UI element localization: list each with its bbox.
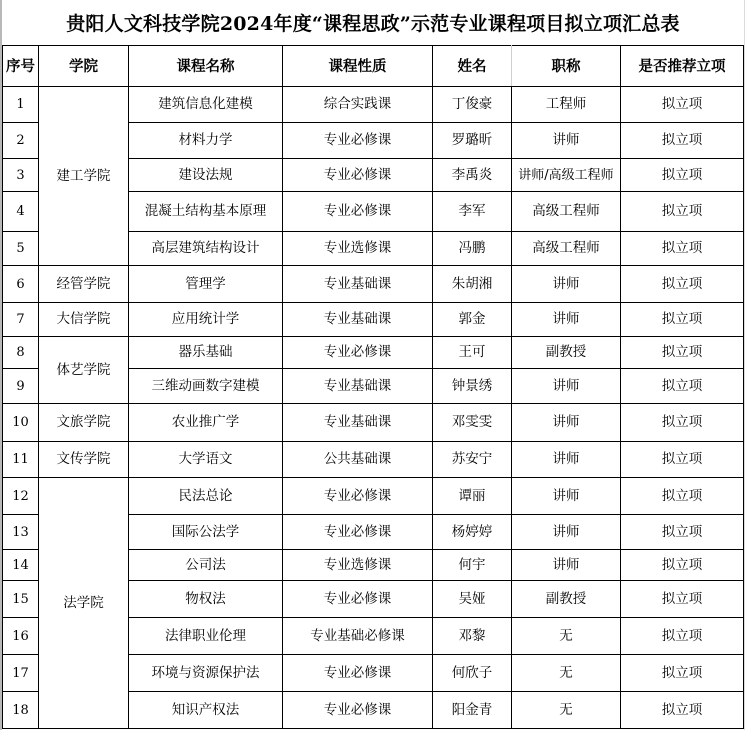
cell-college[interactable]: 文传学院 bbox=[39, 442, 129, 478]
cell-index[interactable]: 3 bbox=[3, 159, 39, 192]
cell-college-merged[interactable]: 法学院 bbox=[39, 478, 129, 729]
cell-course-name[interactable]: 应用统计学 bbox=[129, 303, 283, 337]
cell-index[interactable]: 16 bbox=[3, 618, 39, 655]
cell-course-type[interactable]: 专业基础课 bbox=[283, 303, 433, 337]
cell-course-name[interactable]: 材料力学 bbox=[129, 123, 283, 159]
cell-name[interactable]: 王可 bbox=[433, 337, 512, 369]
cell-course-name[interactable]: 高层建筑结构设计 bbox=[129, 232, 283, 266]
table-row: 8 体艺学院 器乐基础 专业必修课 王可 副教授 拟立项 bbox=[3, 337, 744, 369]
cell-job-title[interactable]: 讲师 bbox=[512, 123, 621, 159]
cell-recommend[interactable]: 拟立项 bbox=[621, 618, 744, 655]
cell-course-type[interactable]: 专业基础必修课 bbox=[283, 618, 433, 655]
cell-course-type[interactable]: 专业必修课 bbox=[283, 159, 433, 192]
cell-recommend[interactable]: 拟立项 bbox=[621, 581, 744, 618]
cell-job-title[interactable]: 讲师 bbox=[512, 515, 621, 550]
header-course-type[interactable]: 课程性质 bbox=[283, 46, 433, 87]
cell-course-type[interactable]: 专业必修课 bbox=[283, 655, 433, 692]
cell-name[interactable]: 李禹炎 bbox=[433, 159, 512, 192]
cell-recommend[interactable]: 拟立项 bbox=[621, 515, 744, 550]
cell-index[interactable]: 13 bbox=[3, 515, 39, 550]
cell-course-type[interactable]: 专业必修课 bbox=[283, 692, 433, 729]
cell-course-name[interactable]: 物权法 bbox=[129, 581, 283, 618]
cell-course-type[interactable]: 专业基础课 bbox=[283, 369, 433, 404]
cell-college[interactable]: 经管学院 bbox=[39, 266, 129, 303]
table-row: 7 大信学院 应用统计学 专业基础课 郭金 讲师 拟立项 bbox=[3, 303, 744, 337]
cell-index[interactable]: 6 bbox=[3, 266, 39, 303]
cell-course-name[interactable]: 混凝土结构基本原理 bbox=[129, 192, 283, 232]
cell-course-name[interactable]: 国际公法学 bbox=[129, 515, 283, 550]
cell-recommend[interactable]: 拟立项 bbox=[621, 550, 744, 581]
cell-course-type[interactable]: 专业必修课 bbox=[283, 581, 433, 618]
cell-job-title[interactable]: 讲师 bbox=[512, 303, 621, 337]
cell-name[interactable]: 邓雯雯 bbox=[433, 404, 512, 442]
header-name[interactable]: 姓名 bbox=[433, 46, 512, 87]
header-index[interactable]: 序号 bbox=[3, 46, 39, 87]
cell-course-type[interactable]: 综合实践课 bbox=[283, 87, 433, 123]
cell-index[interactable]: 2 bbox=[3, 123, 39, 159]
cell-recommend[interactable]: 拟立项 bbox=[621, 478, 744, 515]
cell-index[interactable]: 18 bbox=[3, 692, 39, 729]
cell-index[interactable]: 17 bbox=[3, 655, 39, 692]
header-job-title[interactable]: 职称 bbox=[512, 46, 621, 87]
cell-name[interactable]: 谭丽 bbox=[433, 478, 512, 515]
table-row: 11 文传学院 大学语文 公共基础课 苏安宁 讲师 拟立项 bbox=[3, 442, 744, 478]
cell-course-name[interactable]: 管理学 bbox=[129, 266, 283, 303]
cell-recommend[interactable]: 拟立项 bbox=[621, 266, 744, 303]
cell-course-type[interactable]: 专业基础课 bbox=[283, 404, 433, 442]
cell-job-title[interactable]: 讲师 bbox=[512, 550, 621, 581]
cell-college-merged[interactable]: 体艺学院 bbox=[39, 337, 129, 404]
cell-job-title[interactable]: 高级工程师 bbox=[512, 192, 621, 232]
cell-recommend[interactable]: 拟立项 bbox=[621, 192, 744, 232]
cell-recommend[interactable]: 拟立项 bbox=[621, 692, 744, 729]
cell-college-merged[interactable]: 建工学院 bbox=[39, 87, 129, 266]
cell-recommend[interactable]: 拟立项 bbox=[621, 369, 744, 404]
cell-index[interactable]: 15 bbox=[3, 581, 39, 618]
cell-course-type[interactable]: 专业选修课 bbox=[283, 232, 433, 266]
header-row: 序号 学院 课程名称 课程性质 姓名 职称 是否推荐立项 bbox=[3, 46, 744, 87]
cell-job-title[interactable]: 讲师 bbox=[512, 369, 621, 404]
table-row: 1 建工学院 建筑信息化建模 综合实践课 丁俊豪 工程师 拟立项 bbox=[3, 87, 744, 123]
cell-recommend[interactable]: 拟立项 bbox=[621, 123, 744, 159]
cell-course-name[interactable]: 知识产权法 bbox=[129, 692, 283, 729]
cell-course-name[interactable]: 大学语文 bbox=[129, 442, 283, 478]
cell-course-type[interactable]: 专业必修课 bbox=[283, 192, 433, 232]
cell-job-title[interactable]: 工程师 bbox=[512, 87, 621, 123]
cell-name[interactable]: 何宇 bbox=[433, 550, 512, 581]
cell-name[interactable]: 杨婷婷 bbox=[433, 515, 512, 550]
cell-course-type[interactable]: 专业必修课 bbox=[283, 478, 433, 515]
cell-name[interactable]: 邓黎 bbox=[433, 618, 512, 655]
cell-index[interactable]: 8 bbox=[3, 337, 39, 369]
table-row: 12 法学院 民法总论 专业必修课 谭丽 讲师 拟立项 bbox=[3, 478, 744, 515]
cell-index[interactable]: 7 bbox=[3, 303, 39, 337]
cell-index[interactable]: 11 bbox=[3, 442, 39, 478]
cell-course-name[interactable]: 民法总论 bbox=[129, 478, 283, 515]
cell-course-name[interactable]: 建筑信息化建模 bbox=[129, 87, 283, 123]
cell-job-title[interactable]: 讲师 bbox=[512, 404, 621, 442]
cell-name[interactable]: 吴娅 bbox=[433, 581, 512, 618]
table-row: 6 经管学院 管理学 专业基础课 朱胡湘 讲师 拟立项 bbox=[3, 266, 744, 303]
cell-name[interactable]: 李军 bbox=[433, 192, 512, 232]
cell-course-name[interactable]: 农业推广学 bbox=[129, 404, 283, 442]
cell-recommend[interactable]: 拟立项 bbox=[621, 87, 744, 123]
cell-name[interactable]: 冯鹏 bbox=[433, 232, 512, 266]
cell-name[interactable]: 钟景绣 bbox=[433, 369, 512, 404]
cell-index[interactable]: 10 bbox=[3, 404, 39, 442]
cell-recommend[interactable]: 拟立项 bbox=[621, 442, 744, 478]
cell-index[interactable]: 12 bbox=[3, 478, 39, 515]
cell-recommend[interactable]: 拟立项 bbox=[621, 404, 744, 442]
cell-job-title[interactable]: 讲师 bbox=[512, 442, 621, 478]
cell-course-name[interactable]: 三维动画数字建模 bbox=[129, 369, 283, 404]
cell-recommend[interactable]: 拟立项 bbox=[621, 303, 744, 337]
cell-job-title[interactable]: 无 bbox=[512, 618, 621, 655]
cell-course-name[interactable]: 建设法规 bbox=[129, 159, 283, 192]
cell-job-title[interactable]: 无 bbox=[512, 655, 621, 692]
cell-name[interactable]: 朱胡湘 bbox=[433, 266, 512, 303]
cell-course-type[interactable]: 专业必修课 bbox=[283, 337, 433, 369]
cell-recommend[interactable]: 拟立项 bbox=[621, 159, 744, 192]
cell-name[interactable]: 何欣子 bbox=[433, 655, 512, 692]
cell-course-type[interactable]: 专业基础课 bbox=[283, 266, 433, 303]
cell-recommend[interactable]: 拟立项 bbox=[621, 232, 744, 266]
cell-index[interactable]: 14 bbox=[3, 550, 39, 581]
cell-course-type[interactable]: 公共基础课 bbox=[283, 442, 433, 478]
page-title: 贵阳人文科技学院2024年度“课程思政”示范专业课程项目拟立项汇总表 bbox=[2, 0, 744, 45]
table-row: 10 文旅学院 农业推广学 专业基础课 邓雯雯 讲师 拟立项 bbox=[3, 404, 744, 442]
cell-college[interactable]: 大信学院 bbox=[39, 303, 129, 337]
cell-name[interactable]: 阳金青 bbox=[433, 692, 512, 729]
cell-index[interactable]: 9 bbox=[3, 369, 39, 404]
cell-index[interactable]: 5 bbox=[3, 232, 39, 266]
summary-table: 序号 学院 课程名称 课程性质 姓名 职称 是否推荐立项 1 建工学院 建筑信息… bbox=[2, 45, 744, 729]
cell-recommend[interactable]: 拟立项 bbox=[621, 655, 744, 692]
cell-job-title[interactable]: 高级工程师 bbox=[512, 232, 621, 266]
cell-job-title[interactable]: 讲师 bbox=[512, 478, 621, 515]
cell-course-name[interactable]: 法律职业伦理 bbox=[129, 618, 283, 655]
cell-job-title[interactable]: 讲师/高级工程师 bbox=[512, 159, 621, 192]
cell-name[interactable]: 罗璐昕 bbox=[433, 123, 512, 159]
cell-job-title[interactable]: 讲师 bbox=[512, 266, 621, 303]
cell-college[interactable]: 文旅学院 bbox=[39, 404, 129, 442]
header-college[interactable]: 学院 bbox=[39, 46, 129, 87]
cell-course-name[interactable]: 环境与资源保护法 bbox=[129, 655, 283, 692]
cell-course-type[interactable]: 专业选修课 bbox=[283, 550, 433, 581]
cell-job-title[interactable]: 副教授 bbox=[512, 337, 621, 369]
cell-job-title[interactable]: 副教授 bbox=[512, 581, 621, 618]
cell-name[interactable]: 苏安宁 bbox=[433, 442, 512, 478]
header-course-name[interactable]: 课程名称 bbox=[129, 46, 283, 87]
cell-job-title[interactable]: 无 bbox=[512, 692, 621, 729]
cell-index[interactable]: 1 bbox=[3, 87, 39, 123]
header-recommend[interactable]: 是否推荐立项 bbox=[621, 46, 744, 87]
cell-recommend[interactable]: 拟立项 bbox=[621, 337, 744, 369]
cell-course-type[interactable]: 专业必修课 bbox=[283, 515, 433, 550]
cell-index[interactable]: 4 bbox=[3, 192, 39, 232]
sheet-gridline bbox=[744, 0, 745, 730]
cell-course-name[interactable]: 器乐基础 bbox=[129, 337, 283, 369]
cell-name[interactable]: 郭金 bbox=[433, 303, 512, 337]
cell-course-type[interactable]: 专业必修课 bbox=[283, 123, 433, 159]
cell-name[interactable]: 丁俊豪 bbox=[433, 87, 512, 123]
cell-course-name[interactable]: 公司法 bbox=[129, 550, 283, 581]
